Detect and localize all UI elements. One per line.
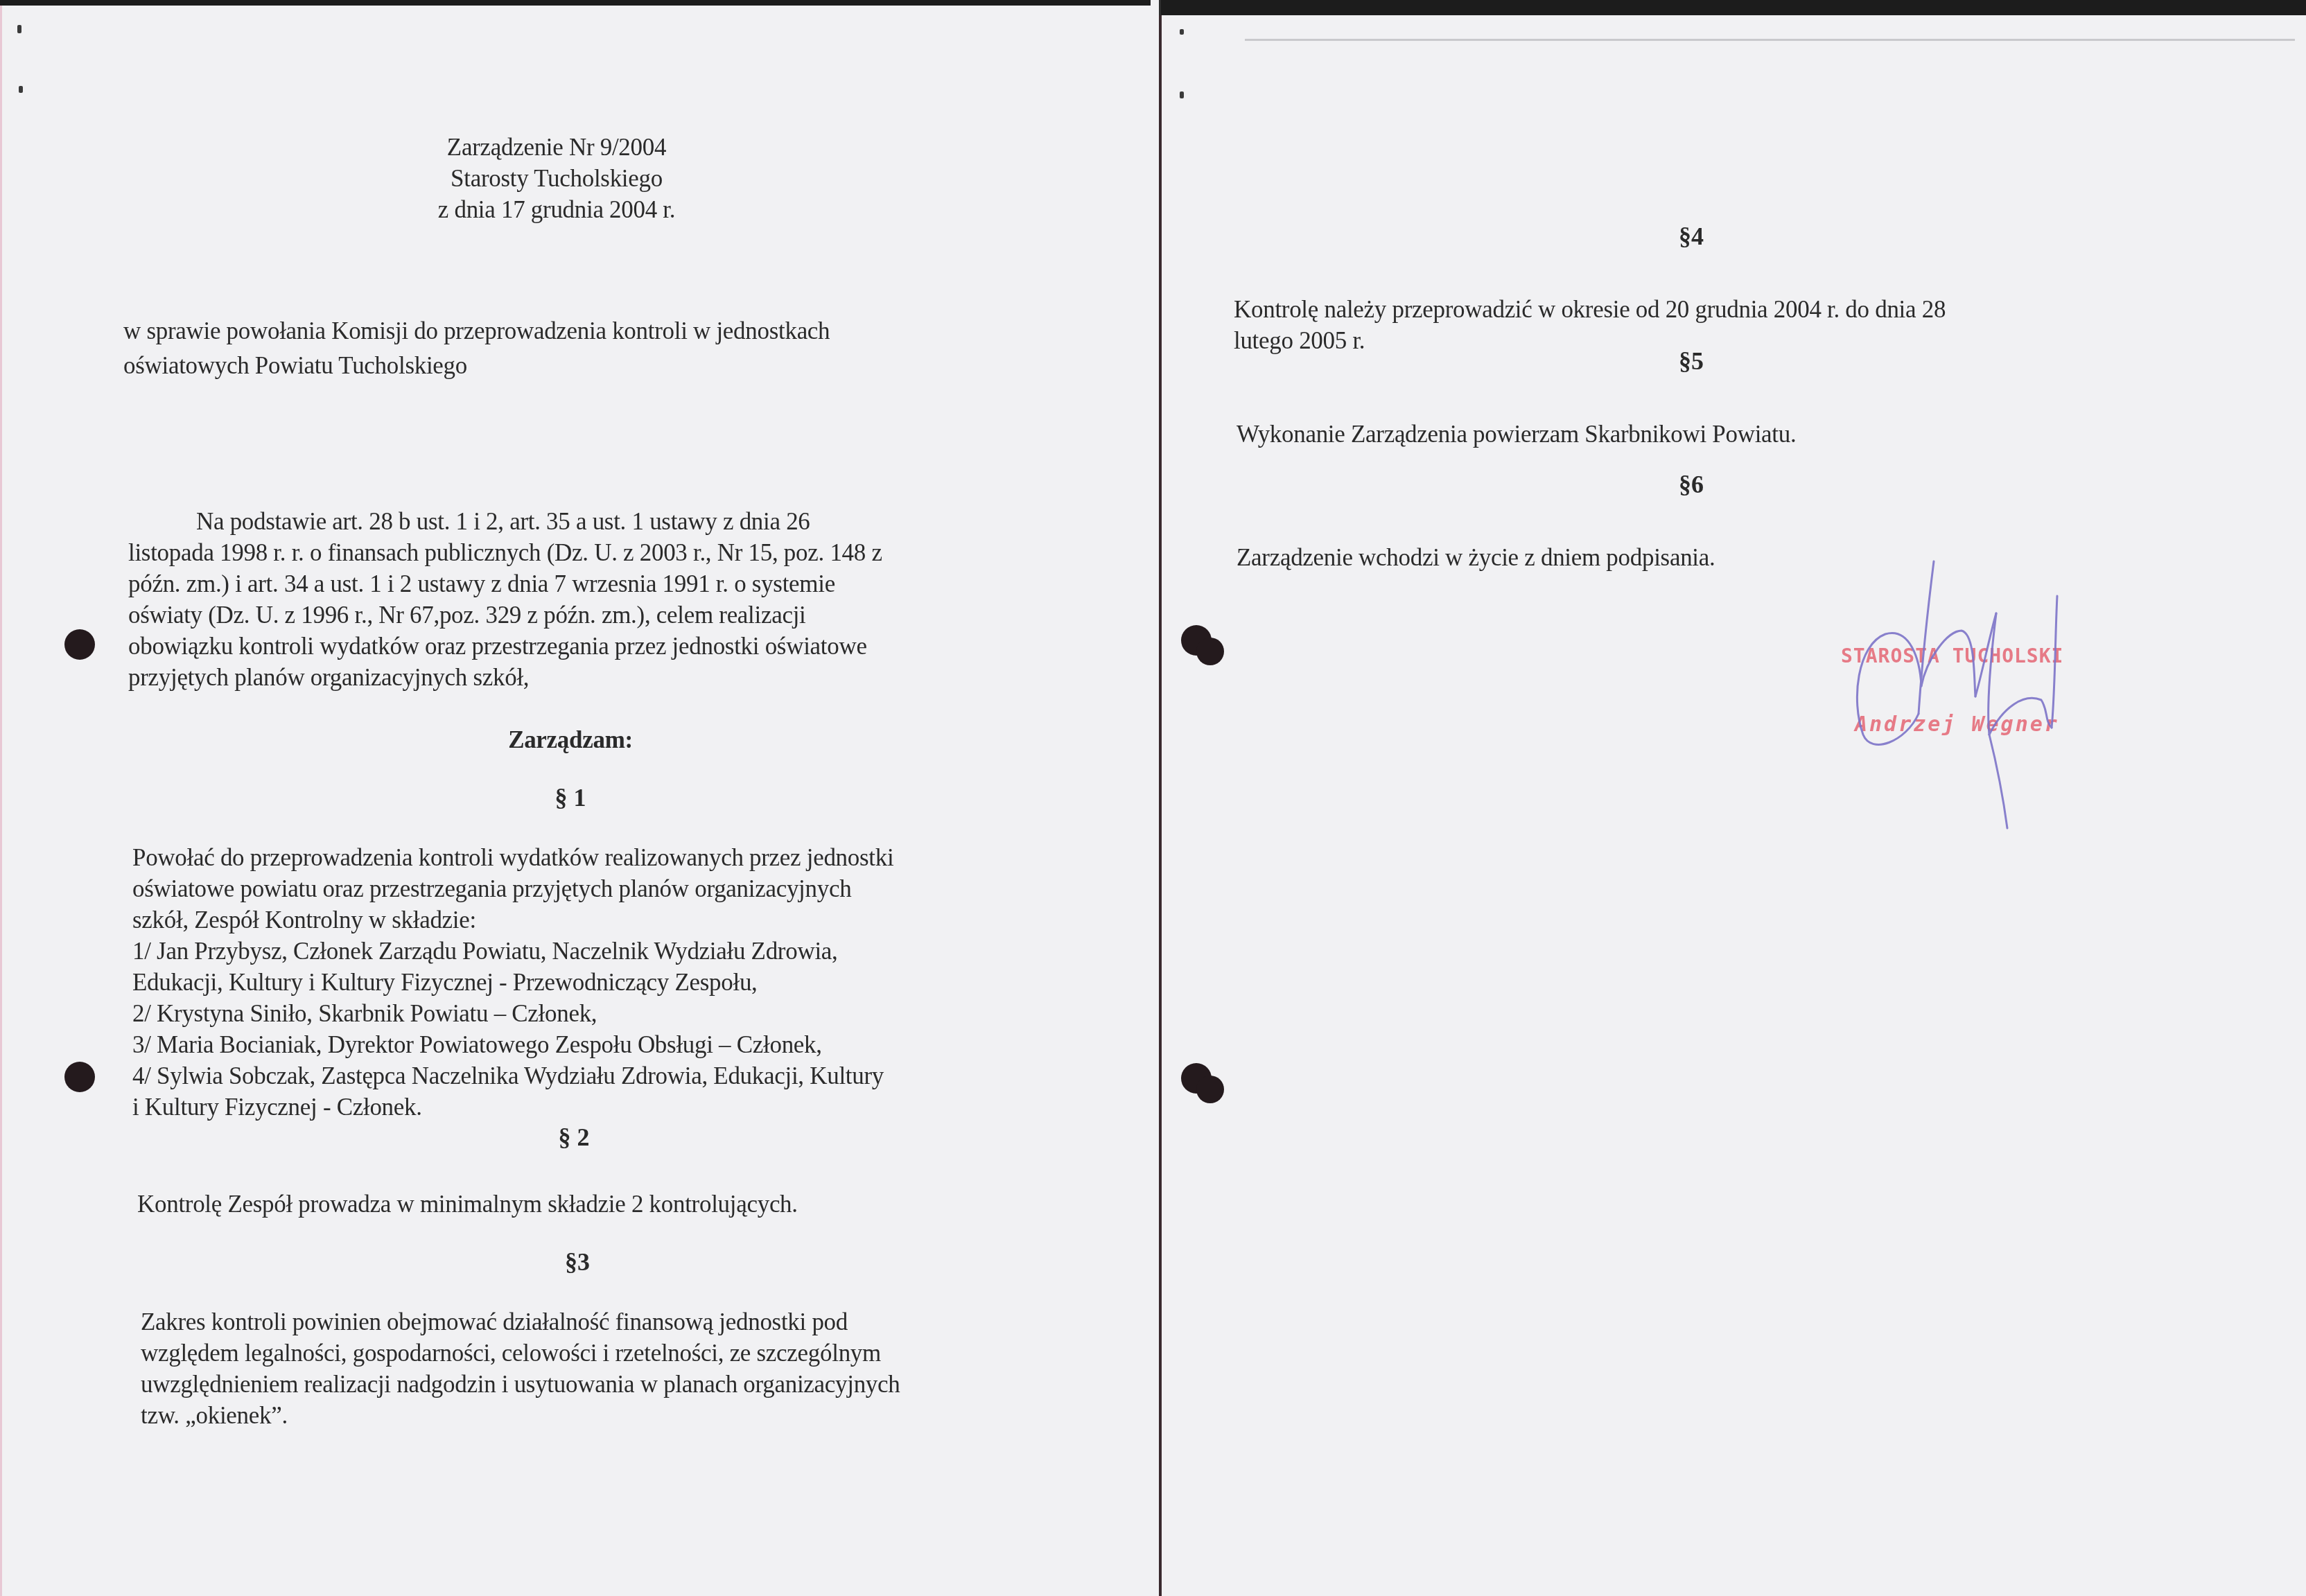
committee-member-1: 1/ Jan Przybysz, Członek Zarządu Powiatu… (132, 936, 838, 967)
committee-member-4-cont: i Kultury Fizycznej - Członek. (132, 1091, 422, 1123)
document-page-2: §4 Kontrolę należy przeprowadzić w okres… (1159, 15, 2306, 1596)
committee-member-4: 4/ Sylwia Sobczak, Zastępca Naczelnika W… (132, 1060, 884, 1091)
section-3-line: względem legalności, gospodarności, celo… (141, 1338, 881, 1369)
punch-hole (1181, 1063, 1212, 1094)
preamble-line: listopada 1998 r. r. o finansach publicz… (128, 537, 882, 568)
scan-speck (19, 86, 23, 93)
subject-line: w sprawie powołania Komisji do przeprowa… (123, 315, 830, 347)
section-2-mark: § 2 (505, 1123, 643, 1152)
scan-speck (1180, 91, 1184, 98)
punch-hole (1181, 625, 1212, 656)
scan-speck (17, 25, 21, 33)
punch-hole (64, 629, 95, 660)
committee-member-3: 3/ Maria Bocianiak, Dyrektor Powiatowego… (132, 1029, 822, 1060)
preamble-line: przyjętych planów organizacyjnych szkół, (128, 662, 529, 693)
subject-line: oświatowych Powiatu Tucholskiego (123, 350, 467, 381)
document-title: Zarządzenie Nr 9/2004 (383, 132, 730, 163)
decree-heading: Zarządzam: (432, 724, 709, 755)
scan-speck (1180, 29, 1184, 35)
section-4-line: lutego 2005 r. (1234, 325, 1365, 356)
section-1-line: szkół, Zespół Kontrolny w składzie: (132, 904, 476, 936)
section-6-mark: §6 (1622, 470, 1761, 499)
section-2-line: Kontrolę Zespół prowadza w minimalnym sk… (137, 1189, 798, 1220)
section-3-mark: §3 (508, 1247, 647, 1277)
preamble-line: oświaty (Dz. U. z 1996 r., Nr 67,poz. 32… (128, 599, 806, 631)
section-1-line: Powołać do przeprowadzenia kontroli wyda… (132, 842, 893, 873)
section-4-mark: §4 (1622, 222, 1761, 251)
preamble-line: późn. zm.) i art. 34 a ust. 1 i 2 ustawy… (128, 568, 835, 599)
section-5-line: Wykonanie Zarządzenia powierzam Skarbnik… (1237, 419, 1796, 450)
section-1-line: oświatowe powiatu oraz przestrzegania pr… (132, 873, 851, 904)
section-6-line: Zarządzenie wchodzi w życie z dniem podp… (1237, 542, 1715, 573)
preamble-line: obowiązku kontroli wydatków oraz przestr… (128, 631, 867, 662)
punch-hole (64, 1062, 95, 1092)
section-3-line: tzw. „okienek”. (141, 1400, 288, 1431)
official-stamp-name: Andrzej Wegner (1855, 712, 2059, 737)
official-stamp-title: STAROSTA TUCHOLSKI (1841, 644, 2063, 667)
section-1-mark: § 1 (501, 783, 640, 812)
section-3-line: uwzględnieniem realizacji nadgodzin i us… (141, 1369, 900, 1400)
section-4-line: Kontrolę należy przeprowadzić w okresie … (1234, 294, 1946, 325)
committee-member-1-cont: Edukacji, Kultury i Kultury Fizycznej - … (132, 967, 758, 998)
document-page-1: Zarządzenie Nr 9/2004 Starosty Tucholski… (0, 6, 1153, 1596)
committee-member-2: 2/ Krystyna Siniło, Skarbnik Powiatu – C… (132, 998, 597, 1029)
scan-edge-rule (1245, 39, 2295, 41)
document-issuer: Starosty Tucholskiego (383, 163, 730, 194)
preamble-line: Na podstawie art. 28 b ust. 1 i 2, art. … (196, 506, 810, 537)
section-5-mark: §5 (1622, 347, 1761, 376)
section-3-line: Zakres kontroli powinien obejmować dział… (141, 1306, 848, 1338)
document-date: z dnia 17 grudnia 2004 r. (383, 194, 730, 225)
